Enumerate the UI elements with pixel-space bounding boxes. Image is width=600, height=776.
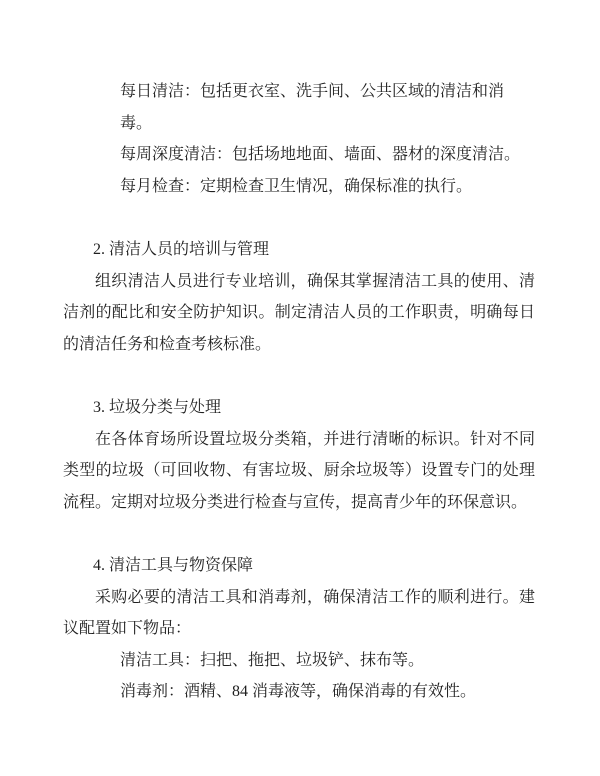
document-page: 每日清洁：包括更衣室、洗手间、公共区域的清洁和消毒。每周深度清洁：包括场地地面、…	[0, 0, 600, 776]
document-paragraph-list: 每周深度清洁：包括场地地面、墙面、器材的深度清洁。	[63, 139, 535, 171]
document-paragraph-blank	[63, 518, 535, 550]
document-paragraph-list: 清洁工具：扫把、拖把、垃圾铲、抹布等。	[63, 645, 535, 677]
document-paragraph-body: 组织清洁人员进行专业培训，确保其掌握清洁工具的使用、清洁剂的配比和安全防护知识。…	[63, 266, 535, 361]
document-paragraph-body: 采购必要的清洁工具和消毒剂，确保清洁工作的顺利进行。建议配置如下物品：	[63, 582, 535, 645]
document-paragraph-list: 消毒剂：酒精、84 消毒液等，确保消毒的有效性。	[63, 676, 535, 708]
document-paragraph-heading: 2. 清洁人员的培训与管理	[63, 234, 535, 266]
document-content: 每日清洁：包括更衣室、洗手间、公共区域的清洁和消毒。每周深度清洁：包括场地地面、…	[0, 0, 600, 708]
document-paragraph-body: 在各体育场所设置垃圾分类箱，并进行清晰的标识。针对不同类型的垃圾（可回收物、有害…	[63, 424, 535, 519]
document-paragraph-heading: 3. 垃圾分类与处理	[63, 392, 535, 424]
document-paragraph-list: 每日清洁：包括更衣室、洗手间、公共区域的清洁和消毒。	[63, 76, 535, 139]
document-paragraph-heading: 4. 清洁工具与物资保障	[63, 550, 535, 582]
document-paragraph-blank	[63, 202, 535, 234]
document-paragraph-list: 每月检查：定期检查卫生情况，确保标准的执行。	[63, 171, 535, 203]
document-paragraph-blank	[63, 360, 535, 392]
